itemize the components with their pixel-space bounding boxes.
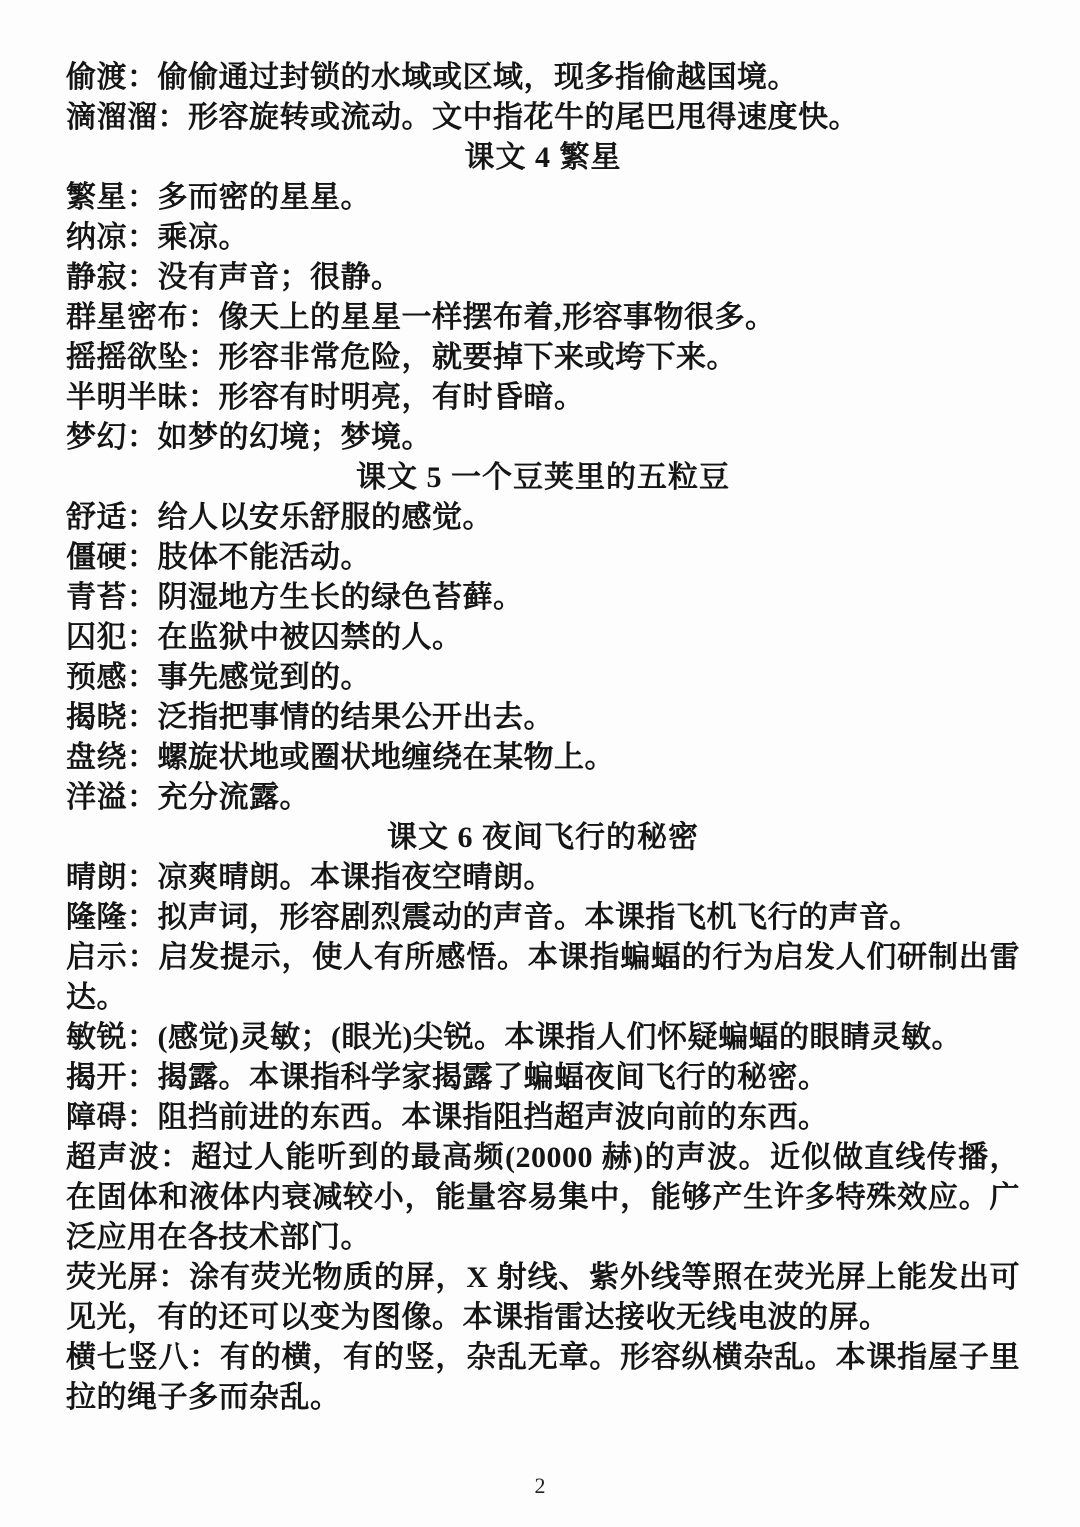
- entry-definition: 凉爽晴朗。本课指夜空晴朗。: [158, 861, 555, 894]
- lesson-heading-6: 课文 6 夜间飞行的秘密: [66, 818, 1020, 858]
- entry-term: 纳凉：: [66, 221, 158, 254]
- glossary-entry: 纳凉：乘凉。: [66, 218, 1020, 258]
- page-number: 2: [535, 1473, 546, 1498]
- entry-definition: 事先感觉到的。: [158, 661, 372, 694]
- entry-definition: 给人以安乐舒服的感觉。: [158, 501, 494, 534]
- entry-definition: 像天上的星星一样摆布着,形容事物很多。: [219, 301, 776, 334]
- entry-term: 舒适：: [66, 501, 158, 534]
- glossary-entry: 障碍：阻挡前进的东西。本课指阻挡超声波向前的东西。: [66, 1098, 1020, 1138]
- glossary-entry: 敏锐：(感觉)灵敏；(眼光)尖锐。本课指人们怀疑蝙蝠的眼睛灵敏。: [66, 1018, 1020, 1058]
- glossary-entry: 僵硬：肢体不能活动。: [66, 538, 1020, 578]
- entry-term: 荧光屏：: [66, 1261, 189, 1294]
- entry-definition: 启发提示，使人有所感悟。本课指蝙蝠的行为启发人们研制出雷达。: [66, 941, 1020, 1014]
- glossary-entry: 启示：启发提示，使人有所感悟。本课指蝙蝠的行为启发人们研制出雷达。: [66, 938, 1020, 1018]
- glossary-entry: 偷渡：偷偷通过封锁的水域或区域，现多指偷越国境。: [66, 58, 1020, 98]
- entry-term: 半明半昧：: [66, 381, 219, 414]
- glossary-entry: 揭晓：泛指把事情的结果公开出去。: [66, 698, 1020, 738]
- glossary-entry: 隆隆：拟声词，形容剧烈震动的声音。本课指飞机飞行的声音。: [66, 898, 1020, 938]
- entry-term: 偷渡：: [66, 61, 158, 94]
- glossary-entry: 洋溢：充分流露。: [66, 778, 1020, 818]
- glossary-entry: 荧光屏：涂有荧光物质的屏，X 射线、紫外线等照在荧光屏上能发出可见光，有的还可以…: [66, 1258, 1020, 1338]
- entry-term: 揭晓：: [66, 701, 158, 734]
- entry-definition: 乘凉。: [158, 221, 250, 254]
- entry-term: 囚犯：: [66, 621, 158, 654]
- glossary-entry: 摇摇欲坠：形容非常危险，就要掉下来或垮下来。: [66, 338, 1020, 378]
- glossary-entry: 预感：事先感觉到的。: [66, 658, 1020, 698]
- entry-definition: 肢体不能活动。: [158, 541, 372, 574]
- entry-term: 横七竖八：: [66, 1341, 220, 1374]
- entry-definition: 如梦的幻境；梦境。: [158, 421, 433, 454]
- entry-term: 群星密布：: [66, 301, 219, 334]
- glossary-entry: 梦幻：如梦的幻境；梦境。: [66, 418, 1020, 458]
- lesson-heading-4: 课文 4 繁星: [66, 138, 1020, 178]
- entry-term: 摇摇欲坠：: [66, 341, 219, 374]
- entry-definition: 揭露。本课指科学家揭露了蝙蝠夜间飞行的秘密。: [158, 1061, 829, 1094]
- entry-term: 洋溢：: [66, 781, 158, 814]
- entry-definition: 拟声词，形容剧烈震动的声音。本课指飞机飞行的声音。: [158, 901, 921, 934]
- glossary-entry: 滴溜溜：形容旋转或流动。文中指花牛的尾巴甩得速度快。: [66, 98, 1020, 138]
- entry-definition: 没有声音；很静。: [158, 261, 402, 294]
- entry-definition: 阴湿地方生长的绿色苔藓。: [158, 581, 524, 614]
- glossary-entry: 群星密布：像天上的星星一样摆布着,形容事物很多。: [66, 298, 1020, 338]
- entry-term: 青苔：: [66, 581, 158, 614]
- entry-definition: 偷偷通过封锁的水域或区域，现多指偷越国境。: [158, 61, 799, 94]
- glossary-entry: 超声波：超过人能听到的最高频(20000 赫)的声波。近似做直线传播，在固体和液…: [66, 1138, 1020, 1258]
- glossary-entry: 半明半昧：形容有时明亮，有时昏暗。: [66, 378, 1020, 418]
- glossary-entry: 囚犯：在监狱中被囚禁的人。: [66, 618, 1020, 658]
- entry-term: 梦幻：: [66, 421, 158, 454]
- entry-definition: 形容非常危险，就要掉下来或垮下来。: [219, 341, 738, 374]
- entry-definition: 涂有荧光物质的屏，X 射线、紫外线等照在荧光屏上能发出可见光，有的还可以变为图像…: [66, 1261, 1020, 1334]
- entry-term: 预感：: [66, 661, 158, 694]
- entry-term: 启示：: [66, 941, 158, 974]
- glossary-entry: 繁星：多而密的星星。: [66, 178, 1020, 218]
- entry-term: 僵硬：: [66, 541, 158, 574]
- entry-term: 揭开：: [66, 1061, 158, 1094]
- entry-term: 繁星：: [66, 181, 158, 214]
- entry-definition: 多而密的星星。: [158, 181, 372, 214]
- entry-term: 盘绕：: [66, 741, 158, 774]
- entry-term: 隆隆：: [66, 901, 158, 934]
- entry-definition: 形容旋转或流动。文中指花牛的尾巴甩得速度快。: [188, 101, 859, 134]
- page-footer: 2: [0, 1473, 1080, 1499]
- glossary-entry: 横七竖八：有的横，有的竖，杂乱无章。形容纵横杂乱。本课指屋子里拉的绳子多而杂乱。: [66, 1338, 1020, 1418]
- glossary-entry: 晴朗：凉爽晴朗。本课指夜空晴朗。: [66, 858, 1020, 898]
- glossary-entry: 盘绕：螺旋状地或圈状地缠绕在某物上。: [66, 738, 1020, 778]
- entry-definition: 形容有时明亮，有时昏暗。: [219, 381, 585, 414]
- entry-definition: (感觉)灵敏；(眼光)尖锐。本课指人们怀疑蝙蝠的眼睛灵敏。: [158, 1021, 962, 1054]
- entry-definition: 阻挡前进的东西。本课指阻挡超声波向前的东西。: [158, 1101, 829, 1134]
- entry-definition: 螺旋状地或圈状地缠绕在某物上。: [158, 741, 616, 774]
- entry-term: 超声波：: [66, 1141, 191, 1174]
- glossary-entry: 揭开：揭露。本课指科学家揭露了蝙蝠夜间飞行的秘密。: [66, 1058, 1020, 1098]
- entry-term: 障碍：: [66, 1101, 158, 1134]
- entry-definition: 泛指把事情的结果公开出去。: [158, 701, 555, 734]
- lesson-heading-5: 课文 5 一个豆荚里的五粒豆: [66, 458, 1020, 498]
- document-page: 偷渡：偷偷通过封锁的水域或区域，现多指偷越国境。 滴溜溜：形容旋转或流动。文中指…: [0, 0, 1080, 1527]
- entry-definition: 超过人能听到的最高频(20000 赫)的声波。近似做直线传播，在固体和液体内衰减…: [66, 1141, 1020, 1254]
- glossary-content: 偷渡：偷偷通过封锁的水域或区域，现多指偷越国境。 滴溜溜：形容旋转或流动。文中指…: [66, 58, 1020, 1418]
- entry-term: 晴朗：: [66, 861, 158, 894]
- glossary-entry: 舒适：给人以安乐舒服的感觉。: [66, 498, 1020, 538]
- glossary-entry: 青苔：阴湿地方生长的绿色苔藓。: [66, 578, 1020, 618]
- entry-definition: 在监狱中被囚禁的人。: [158, 621, 463, 654]
- entry-term: 静寂：: [66, 261, 158, 294]
- entry-definition: 充分流露。: [158, 781, 311, 814]
- glossary-entry: 静寂：没有声音；很静。: [66, 258, 1020, 298]
- entry-term: 滴溜溜：: [66, 101, 188, 134]
- entry-term: 敏锐：: [66, 1021, 158, 1054]
